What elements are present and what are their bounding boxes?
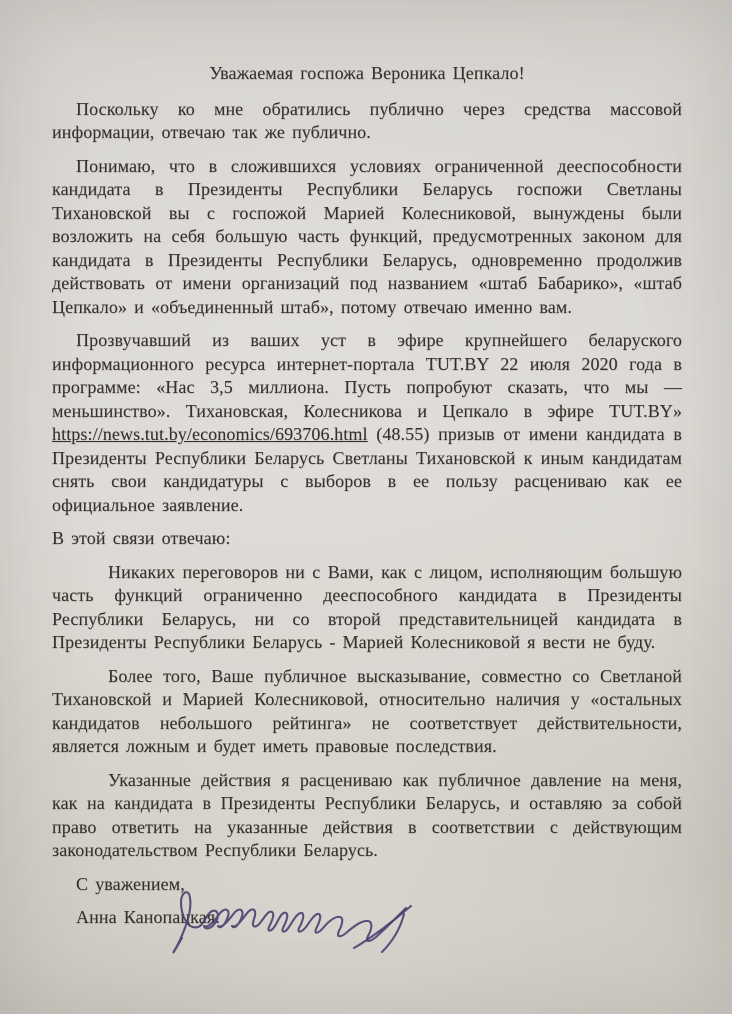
letter-body: Уважаемая госпожа Вероника Цепкало! Поск… [52, 50, 682, 940]
letter-photo: Уважаемая госпожа Вероника Цепкало! Поск… [0, 0, 732, 1014]
paragraph-6: Более того, Ваше публичное высказывание,… [52, 665, 682, 759]
salutation: Уважаемая госпожа Вероника Цепкало! [52, 62, 682, 86]
paragraph-4: В этой связи отвечаю: [52, 527, 682, 551]
paragraph-3-pre: Прозвучавший из ваших уст в эфире крупне… [52, 330, 682, 421]
paragraph-7: Указанные действия я расцениваю как публ… [52, 769, 682, 863]
paragraph-5: Никаких переговоров ни с Вами, как с лиц… [52, 561, 682, 655]
paragraph-3: Прозвучавший из ваших уст в эфире крупне… [52, 329, 682, 517]
tutby-link: https://news.tut.by/economics/693706.htm… [52, 424, 368, 444]
paragraph-1: Поскольку ко мне обратились публично чер… [52, 98, 682, 145]
handwritten-signature [168, 876, 418, 960]
paragraph-2: Понимаю, что в сложившихся условиях огра… [52, 155, 682, 320]
